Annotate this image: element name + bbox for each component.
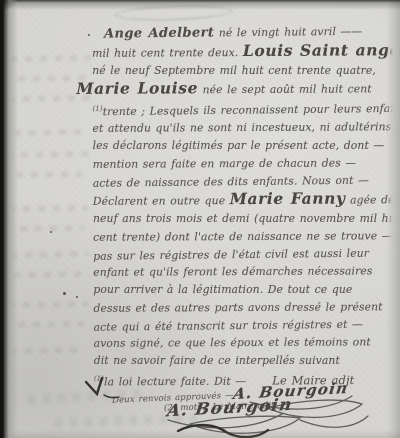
ink-speck [76,296,78,298]
page-edge-top [0,0,400,10]
bleed-through-stroke [8,205,88,211]
bleed-through-stroke [10,55,90,61]
ink-speck [50,231,52,233]
manuscript-line-14: enfant et qu'ils feront les démarches né… [93,263,397,282]
manuscript-line-8: mention sera faite en marge de chacun de… [93,154,397,173]
page-edge-right [386,0,400,438]
manuscript-line-9: actes de naissance des dits enfants. Nou… [93,171,397,192]
bleed-through-stroke [8,301,88,307]
name-marie-louise: Marie Louise [76,78,198,98]
manuscript-line-11: neuf ans trois mois et demi (quatre nove… [93,210,397,228]
manuscript-line-2: mil huit cent trente deux. Louis Saint a… [92,41,396,62]
name-louis-saint-ange: Louis Saint ange [243,40,400,60]
manuscript-line-4: Marie Louise née le sept août mil huit c… [76,78,396,99]
page-corner-shadow [0,0,26,16]
ink-speck [63,292,66,295]
bleed-through-stroke [10,347,86,353]
bleed-through-stroke [20,225,84,231]
manuscript-line-3: né le neuf Septembre mil huit cent trent… [92,62,396,80]
renvoi-mark: (1) [92,105,102,113]
manuscript-page: Ange Adelbert né le vingt huit avril —— … [0,0,400,438]
manuscript-line-19: dit ne savoir faire de ce interpellés su… [94,352,398,370]
manuscript-line-10: Déclarent en outre que Marie Fanny agée … [93,190,397,211]
bleed-through-stroke [14,129,88,135]
manuscript-line-17: acte qui a été transcrit sur trois régis… [93,315,397,336]
manuscript-line-1: Ange Adelbert né le vingt huit avril —— [104,22,396,43]
manuscript-line-6: et attendu qu'ils ne sont ni incestueux,… [92,119,396,138]
signature-flourish [300,416,368,427]
bleed-through-stroke [6,151,88,157]
ink-speck [88,34,90,36]
bleed-through-stroke [18,321,84,327]
manuscript-line-12: cent trente) dont l'acte de naissance ne… [93,227,397,246]
page-edge-bottom [0,430,400,438]
manuscript-line-16: dessus et des autres parts avons dressé … [93,298,397,317]
bleed-through-stroke [10,251,88,257]
renvoi-mark: (1) [94,375,104,383]
manuscript-line-15: pour arriver à la légitimation. De tout … [93,281,397,299]
page-binding-edge [0,0,18,438]
manuscript-text: Ange Adelbert né le vingt huit avril —— … [92,23,398,413]
manuscript-line-13: pas sur les régistres de l'état civil es… [93,244,397,265]
name-ange-adelbert: Ange Adelbert [104,25,214,41]
manuscript-line-5: (1)trente ; Lesquels ils reconnaissent p… [92,97,396,121]
bleed-through-stroke [16,171,82,177]
bleed-through-stroke [14,271,84,277]
manuscript-line-7: les déclarons légitimés par le présent a… [93,137,397,155]
name-marie-fanny: Marie Fanny [230,189,346,209]
manuscript-line-18: avons signé, ce que les époux et les tém… [94,334,398,353]
